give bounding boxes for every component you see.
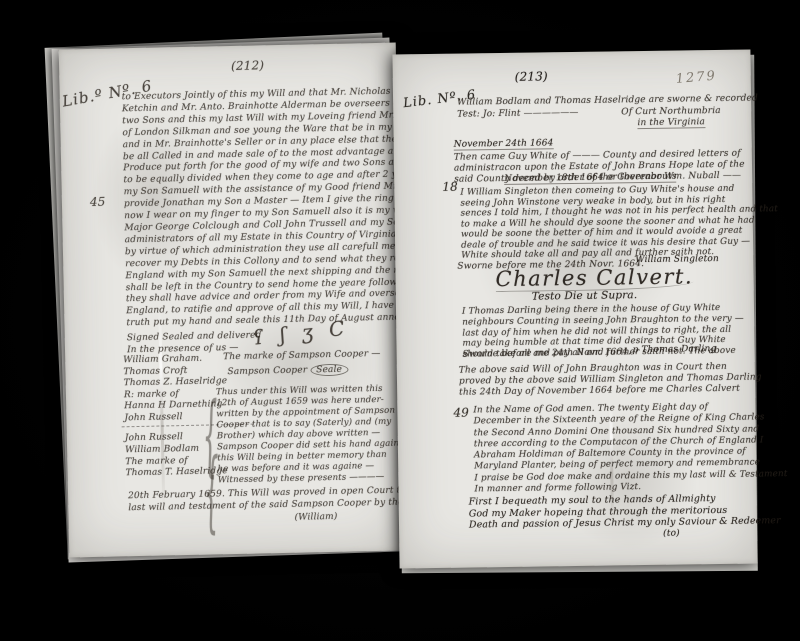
singleton-deposition: I William Singleton then comeing to Guy … <box>460 184 743 261</box>
microfilm-black-background: Lib.º Nº. 6 (212) 45 to Executors Jointl… <box>0 0 800 641</box>
right-page: 1279 Lib. Nº. 6 (213) William Bodlam and… <box>392 50 757 569</box>
margin-number: 49 <box>453 405 469 419</box>
signer-name: Sampson Cooper <box>227 365 307 377</box>
probate-note: 20th February 1659. This Will was proved… <box>128 484 416 514</box>
page-number: (213) <box>515 69 548 83</box>
codicil-text-2: Sampson Cooper did sett his hand againth… <box>217 438 404 486</box>
deposition-date: November 18th 1664 or thereabouts <box>504 172 677 185</box>
county-note-line2: in the Virginia <box>637 117 705 129</box>
catchword: (William) <box>294 512 337 523</box>
will-body-text: to Executors Jointly of this my Will and… <box>122 86 403 330</box>
entry-date: November 24th 1664 <box>454 138 554 150</box>
court-probate-entry: The above said Will of John Braughton wa… <box>459 361 762 398</box>
catchword: (to) <box>663 529 680 539</box>
charles-calvert-signature: Charles Calvert. <box>495 264 693 292</box>
margin-number: 45 <box>90 195 106 209</box>
page-number: (212) <box>231 58 264 73</box>
deponent-signature: p Thomas Darling <box>633 344 717 355</box>
latin-subheading: Testo Die ut Supra. <box>532 289 638 302</box>
left-page: Lib.º Nº. 6 (212) 45 to Executors Jointl… <box>59 43 407 558</box>
mark-caption-line2: Sampson CooperSeale <box>227 364 348 379</box>
holdiman-will-text: In the Name of God amen. The twenty Eigh… <box>473 402 748 496</box>
codicil-text-1: Thus under this Will was written this12t… <box>216 383 403 442</box>
county-note-line1: Of Curt Northumbria <box>621 106 721 117</box>
margin-number: 18 <box>442 180 458 194</box>
deponent-signature: William Singleton <box>635 254 719 265</box>
bequest-text: First I bequeath my soul to the hands of… <box>469 492 781 531</box>
seal-annotation: Seale <box>310 364 348 377</box>
archival-folio-number: 1279 <box>675 69 717 87</box>
